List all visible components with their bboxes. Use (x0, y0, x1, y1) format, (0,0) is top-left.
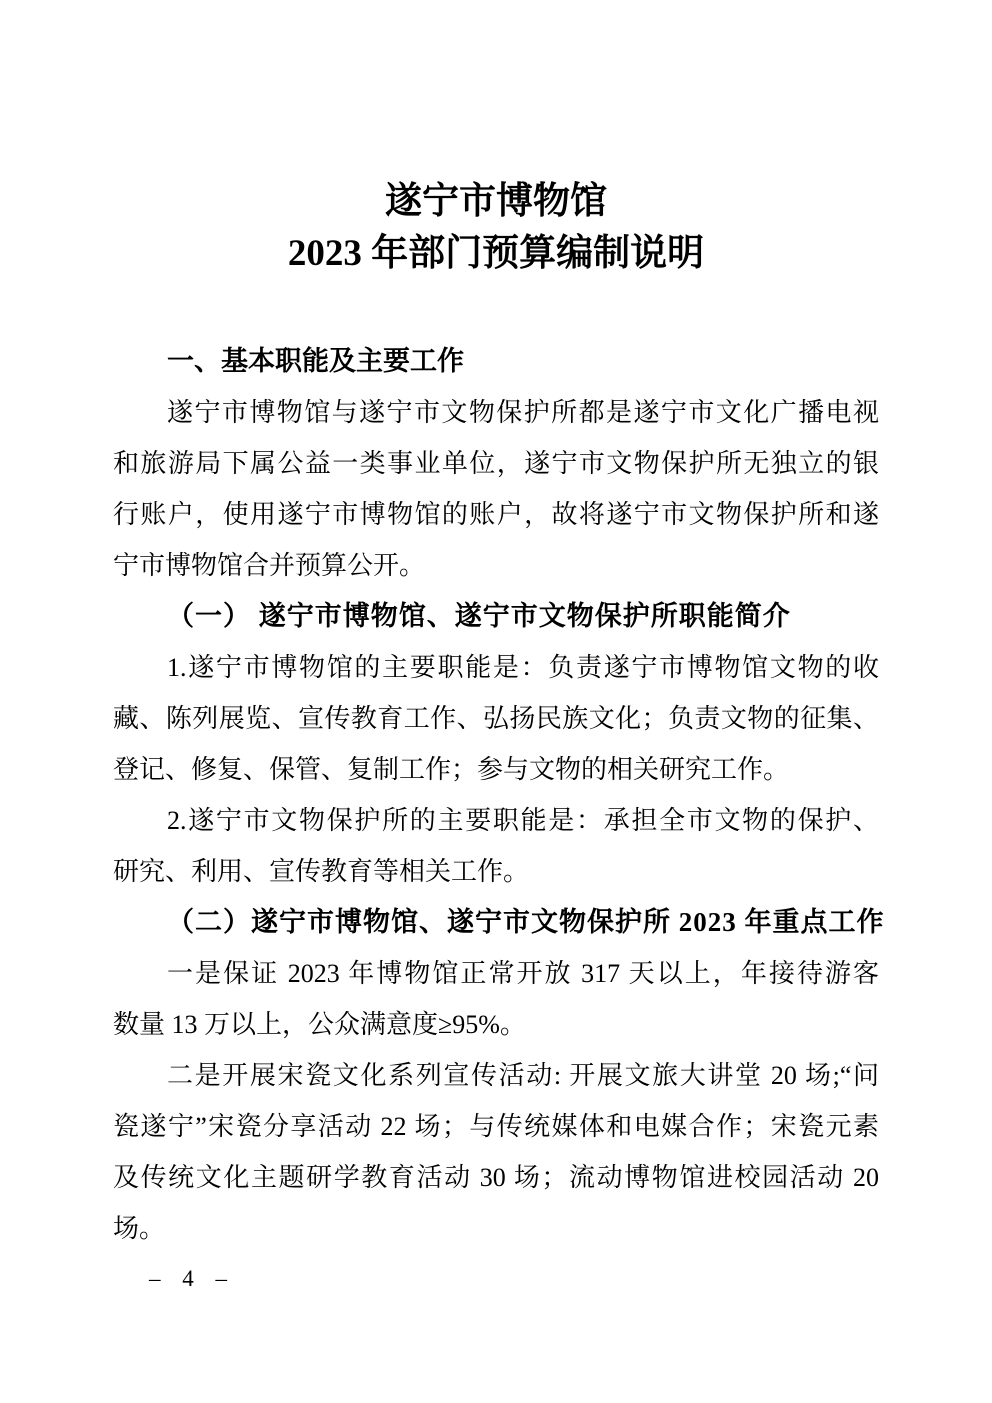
paragraph-1-line-4: 宁市博物馆合并预算公开。 (113, 540, 879, 591)
title-line-2: 2023 年部门预算编制说明 (113, 228, 879, 280)
paragraph-5-line-3: 及传统文化主题研学教育活动 30 场；流动博物馆进校园活动 20 (113, 1152, 879, 1203)
paragraph-3-line-2: 研究、利用、宣传教育等相关工作。 (113, 846, 879, 897)
sub-heading-2: （二）遂宁市博物馆、遂宁市文物保护所 2023 年重点工作 (113, 897, 879, 948)
document-footer: – 4 – (113, 1266, 879, 1292)
paragraph-1-line-3: 行账户，使用遂宁市博物馆的账户，故将遂宁市文物保护所和遂 (113, 489, 879, 540)
paragraph-4-line-1: 一是保证 2023 年博物馆正常开放 317 天以上，年接待游客 (113, 948, 879, 999)
paragraph-1-line-2: 和旅游局下属公益一类事业单位，遂宁市文物保护所无独立的银 (113, 438, 879, 489)
paragraph-2-line-1: 1.遂宁市博物馆的主要职能是：负责遂宁市博物馆文物的收 (113, 642, 879, 693)
document-page: 遂宁市博物馆 2023 年部门预算编制说明 一、基本职能及主要工作 遂宁市博物馆… (0, 0, 992, 1403)
paragraph-3-line-1: 2.遂宁市文物保护所的主要职能是：承担全市文物的保护、 (113, 795, 879, 846)
paragraph-1-line-1: 遂宁市博物馆与遂宁市文物保护所都是遂宁市文化广播电视 (113, 387, 879, 438)
paragraph-2-line-3: 登记、修复、保管、复制工作；参与文物的相关研究工作。 (113, 744, 879, 795)
paragraph-2-line-2: 藏、陈列展览、宣传教育工作、弘扬民族文化；负责文物的征集、 (113, 693, 879, 744)
paragraph-5-line-2: 瓷遂宁”宋瓷分享活动 22 场；与传统媒体和电媒合作；宋瓷元素 (113, 1101, 879, 1152)
section-heading-main: 一、基本职能及主要工作 (113, 336, 879, 387)
paragraph-4-line-2: 数量 13 万以上，公众满意度≥95%。 (113, 999, 879, 1050)
paragraph-5-line-1: 二是开展宋瓷文化系列宣传活动: 开展文旅大讲堂 20 场;“问 (113, 1050, 879, 1101)
document-title: 遂宁市博物馆 2023 年部门预算编制说明 (113, 176, 879, 280)
title-line-1: 遂宁市博物馆 (113, 176, 879, 228)
page-number: – 4 – (149, 1266, 879, 1292)
sub-heading-1: （一） 遂宁市博物馆、遂宁市文物保护所职能简介 (113, 591, 879, 642)
document-body: 一、基本职能及主要工作 遂宁市博物馆与遂宁市文物保护所都是遂宁市文化广播电视 和… (113, 336, 879, 1254)
document-content: 遂宁市博物馆 2023 年部门预算编制说明 一、基本职能及主要工作 遂宁市博物馆… (0, 0, 992, 1292)
paragraph-5-line-4: 场。 (113, 1203, 879, 1254)
